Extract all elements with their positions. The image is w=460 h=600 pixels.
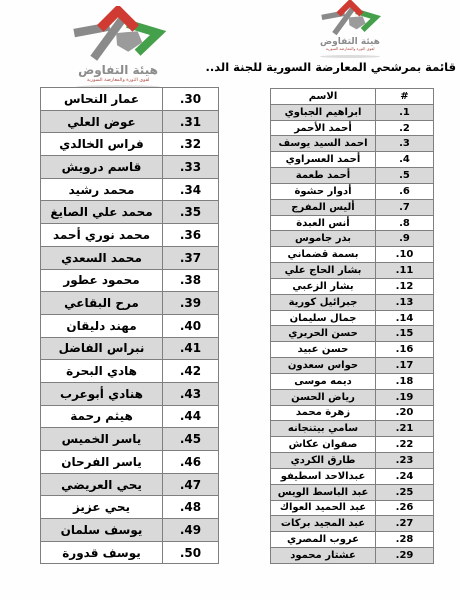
row-number: 22. xyxy=(376,437,434,453)
document-canvas: هيئة التفاوض لقوى الثورة والمعارضة السور… xyxy=(0,0,460,600)
candidate-name: احمد السيد يوسف xyxy=(271,136,376,152)
candidate-name: يحي عزيز xyxy=(41,496,163,519)
row-number: 27. xyxy=(376,516,434,532)
table-row: 35.محمد علي الصايغ xyxy=(41,201,219,224)
row-number: 36. xyxy=(163,224,219,247)
row-number: 16. xyxy=(376,342,434,358)
table-row: 36.محمد نوري أحمد xyxy=(41,224,219,247)
row-number: 38. xyxy=(163,269,219,292)
candidate-name: محمد علي الصايغ xyxy=(41,201,163,224)
candidate-name: محمد نوري أحمد xyxy=(41,224,163,247)
table-row: 46.ياسر الفرحان xyxy=(41,451,219,474)
row-number: 9. xyxy=(376,231,434,247)
candidate-name: محمد رشيد xyxy=(41,178,163,201)
row-number: 4. xyxy=(376,152,434,168)
candidate-name: أليس المفرج xyxy=(271,199,376,215)
row-number: 42. xyxy=(163,360,219,383)
candidate-name: رياض الحسن xyxy=(271,389,376,405)
org-name: هيئة التفاوض xyxy=(320,37,380,47)
candidate-name: عمار النحاس xyxy=(41,88,163,111)
row-number: 17. xyxy=(376,358,434,374)
row-number: 37. xyxy=(163,246,219,269)
table-row: 41.نبراس الفاضل xyxy=(41,337,219,360)
row-number: 29. xyxy=(376,548,434,564)
candidate-name: قاسم درويش xyxy=(41,156,163,179)
table-row: 49.يوسف سلمان xyxy=(41,519,219,542)
row-number: 33. xyxy=(163,156,219,179)
row-number: 19. xyxy=(376,389,434,405)
table-row: 11.بشار الحاج علي xyxy=(271,263,434,279)
candidate-name: طارق الكردي xyxy=(271,453,376,469)
table-row: 24.عبدالاحد اسطيفو xyxy=(271,468,434,484)
table-row: 37.محمد السعدي xyxy=(41,246,219,269)
candidate-name: زهرة محمد xyxy=(271,405,376,421)
table-row: 8.أنس العبدة xyxy=(271,215,434,231)
table-row: 50.يوسف قدورة xyxy=(41,541,219,564)
table-row: 22.صفوان عكاش xyxy=(271,437,434,453)
table-row: 3.احمد السيد يوسف xyxy=(271,136,434,152)
table-row: 12.بشار الزعبي xyxy=(271,278,434,294)
candidate-name: عبد الباسط الويس xyxy=(271,484,376,500)
table-row: 15.حسن الحريري xyxy=(271,326,434,342)
table-row: 18.ديمه موسى xyxy=(271,373,434,389)
candidates-table-page1: # الاسم 1.ابراهيم الجباوي2.أحمد الأحمر3.… xyxy=(270,88,434,564)
candidate-name: أحمد طعمة xyxy=(271,168,376,184)
candidate-name: يوسف قدورة xyxy=(41,541,163,564)
row-number: 39. xyxy=(163,292,219,315)
table-row: 9.بدر جاموس xyxy=(271,231,434,247)
row-number: 2. xyxy=(376,120,434,136)
candidate-name: أحمد العسراوي xyxy=(271,152,376,168)
org-subtitle: لقوى الثورة والمعارضة السورية xyxy=(326,47,375,51)
row-number: 35. xyxy=(163,201,219,224)
table-row: 48.يحي عزيز xyxy=(41,496,219,519)
row-number: 44. xyxy=(163,405,219,428)
table-row: 23.طارق الكردي xyxy=(271,453,434,469)
candidate-name: محمود عطور xyxy=(41,269,163,292)
row-number: 13. xyxy=(376,294,434,310)
candidate-name: أدوار حشوة xyxy=(271,183,376,199)
candidate-name: يوسف سلمان xyxy=(41,519,163,542)
org-name: هيئة التفاوض xyxy=(78,63,158,77)
row-number: 26. xyxy=(376,500,434,516)
table-row: 2.أحمد الأحمر xyxy=(271,120,434,136)
candidate-name: يحي العريضي xyxy=(41,473,163,496)
candidate-name: عبد الحميد العواك xyxy=(271,500,376,516)
candidate-name: حسن عبيد xyxy=(271,342,376,358)
table-row: 47.يحي العريضي xyxy=(41,473,219,496)
row-number: 28. xyxy=(376,532,434,548)
org-subtitle: لقوى الثورة والمعارضة السورية xyxy=(87,77,150,83)
candidate-name: مرح البقاعي xyxy=(41,292,163,315)
table-row: 6.أدوار حشوة xyxy=(271,183,434,199)
candidate-name: عشتار محمود xyxy=(271,548,376,564)
table-row: 39.مرح البقاعي xyxy=(41,292,219,315)
row-number: 18. xyxy=(376,373,434,389)
candidate-name: نبراس الفاضل xyxy=(41,337,163,360)
candidate-name: ياسر الفرحان xyxy=(41,451,163,474)
logo-band-shape xyxy=(320,55,380,58)
table-row: 16.حسن عبيد xyxy=(271,342,434,358)
candidate-name: سامي بيتنجانه xyxy=(271,421,376,437)
row-number: 6. xyxy=(376,183,434,199)
table-row: 34.محمد رشيد xyxy=(41,178,219,201)
candidate-name: ابراهيم الجباوي xyxy=(271,104,376,120)
row-number: 5. xyxy=(376,168,434,184)
table-row: 14.جمال سليمان xyxy=(271,310,434,326)
table-row: 7.أليس المفرج xyxy=(271,199,434,215)
ribbon-star-icon xyxy=(319,0,381,36)
row-number: 14. xyxy=(376,310,434,326)
table-row: 33.قاسم درويش xyxy=(41,156,219,179)
name-column-header: الاسم xyxy=(271,89,376,105)
table-row: 45.ياسر الخميس xyxy=(41,428,219,451)
table-row: 26.عبد الحميد العواك xyxy=(271,500,434,516)
table-row: 19.رياض الحسن xyxy=(271,389,434,405)
row-number: 45. xyxy=(163,428,219,451)
candidate-name: عبد المجيد بركات xyxy=(271,516,376,532)
candidate-name: حسن الحريري xyxy=(271,326,376,342)
table-row: 28.عروب المصري xyxy=(271,532,434,548)
row-number: 46. xyxy=(163,451,219,474)
table-row: 21.سامي بيتنجانه xyxy=(271,421,434,437)
table-row: 42.هادي البحرة xyxy=(41,360,219,383)
candidate-name: هنادي أبوعرب xyxy=(41,382,163,405)
negotiation-commission-logo: هيئة التفاوض لقوى الثورة والمعارضة السور… xyxy=(58,6,178,89)
row-number: 21. xyxy=(376,421,434,437)
row-number: 7. xyxy=(376,199,434,215)
table-body: 30.عمار النحاس31.عوض العلي32.فراس الخالد… xyxy=(41,88,219,564)
row-number: 11. xyxy=(376,263,434,279)
candidate-name: بشار الحاج علي xyxy=(271,263,376,279)
row-number: 41. xyxy=(163,337,219,360)
table-row: 32.فراس الخالدي xyxy=(41,133,219,156)
candidates-table-page2: 30.عمار النحاس31.عوض العلي32.فراس الخالد… xyxy=(40,87,219,564)
page-title: قائمة بمرشحي المعارضة السورية للجنة الد.… xyxy=(248,60,456,74)
row-number: 34. xyxy=(163,178,219,201)
table-body: 1.ابراهيم الجباوي2.أحمد الأحمر3.احمد الس… xyxy=(271,104,434,563)
table-row: 13.جبرائيل كورية xyxy=(271,294,434,310)
table-row: 1.ابراهيم الجباوي xyxy=(271,104,434,120)
candidate-name: بسمة قضماني xyxy=(271,247,376,263)
candidate-name: عبدالاحد اسطيفو xyxy=(271,468,376,484)
row-number: 25. xyxy=(376,484,434,500)
ribbon-star-icon xyxy=(70,6,166,62)
row-number: 31. xyxy=(163,110,219,133)
candidate-name: ديمه موسى xyxy=(271,373,376,389)
row-number: 32. xyxy=(163,133,219,156)
table-row: 38.محمود عطور xyxy=(41,269,219,292)
row-number: 20. xyxy=(376,405,434,421)
row-number: 15. xyxy=(376,326,434,342)
candidate-name: جبرائيل كورية xyxy=(271,294,376,310)
table-row: 43.هنادي أبوعرب xyxy=(41,382,219,405)
table-row: 4.أحمد العسراوي xyxy=(271,152,434,168)
table-row: 30.عمار النحاس xyxy=(41,88,219,111)
candidate-name: هيثم رحمة xyxy=(41,405,163,428)
header-row: # الاسم xyxy=(271,89,434,105)
candidate-name: حواس سعدون xyxy=(271,358,376,374)
table-row: 17.حواس سعدون xyxy=(271,358,434,374)
candidate-name: جمال سليمان xyxy=(271,310,376,326)
row-number: 43. xyxy=(163,382,219,405)
table-row: 10.بسمة قضماني xyxy=(271,247,434,263)
candidate-name: ياسر الخميس xyxy=(41,428,163,451)
row-number: 47. xyxy=(163,473,219,496)
row-number: 24. xyxy=(376,468,434,484)
candidate-name: فراس الخالدي xyxy=(41,133,163,156)
row-number: 3. xyxy=(376,136,434,152)
candidate-name: عوض العلي xyxy=(41,110,163,133)
row-number: 30. xyxy=(163,88,219,111)
table-row: 27.عبد المجيد بركات xyxy=(271,516,434,532)
candidate-name: أحمد الأحمر xyxy=(271,120,376,136)
row-number: 48. xyxy=(163,496,219,519)
table-row: 44.هيثم رحمة xyxy=(41,405,219,428)
candidate-name: هادي البحرة xyxy=(41,360,163,383)
table-header: # الاسم xyxy=(271,89,434,105)
table-row: 40.مهند دليقان xyxy=(41,314,219,337)
row-number: 49. xyxy=(163,519,219,542)
row-number: 50. xyxy=(163,541,219,564)
candidate-name: بدر جاموس xyxy=(271,231,376,247)
candidate-name: مهند دليقان xyxy=(41,314,163,337)
candidate-name: صفوان عكاش xyxy=(271,437,376,453)
candidate-name: محمد السعدي xyxy=(41,246,163,269)
row-number: 23. xyxy=(376,453,434,469)
table-row: 5.أحمد طعمة xyxy=(271,168,434,184)
negotiation-commission-logo-small: هيئة التفاوض لقوى الثورة والمعارضة السور… xyxy=(303,0,397,58)
row-number: 10. xyxy=(376,247,434,263)
table-row: 29.عشتار محمود xyxy=(271,548,434,564)
candidate-name: أنس العبدة xyxy=(271,215,376,231)
table-row: 20.زهرة محمد xyxy=(271,405,434,421)
table-row: 25.عبد الباسط الويس xyxy=(271,484,434,500)
row-number: 12. xyxy=(376,278,434,294)
table-row: 31.عوض العلي xyxy=(41,110,219,133)
number-column-header: # xyxy=(376,89,434,105)
row-number: 8. xyxy=(376,215,434,231)
row-number: 1. xyxy=(376,104,434,120)
candidate-name: بشار الزعبي xyxy=(271,278,376,294)
row-number: 40. xyxy=(163,314,219,337)
candidate-name: عروب المصري xyxy=(271,532,376,548)
